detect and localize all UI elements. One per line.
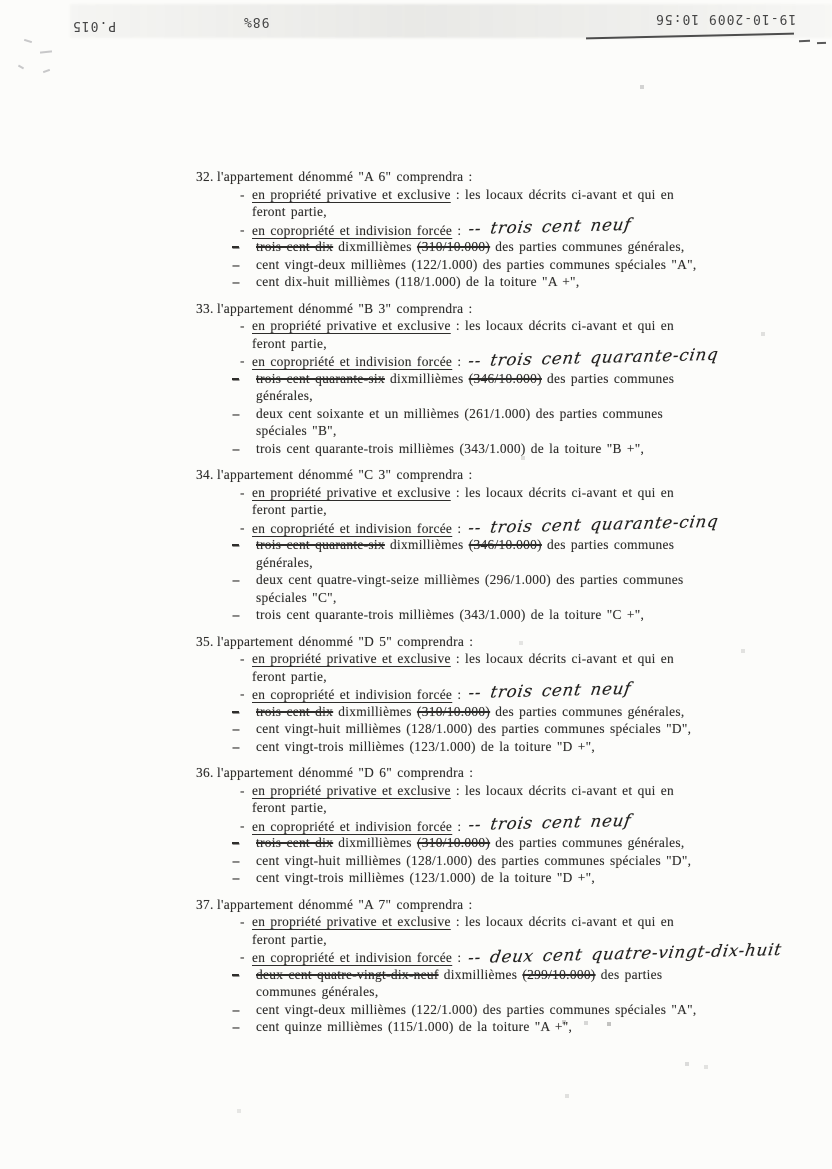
handwritten-annotation: -- trois cent quarante-cinq — [468, 346, 721, 370]
document-line: --trois cent quarante-trois millièmes (3… — [196, 440, 832, 458]
list-marker: - — [240, 221, 245, 239]
list-marker: -- — [232, 720, 239, 738]
underlined-phrase: en copropriété et indivision forcée — [252, 354, 452, 369]
document-line: feront partie, — [196, 501, 832, 519]
struck-text: trois cent dix — [256, 835, 333, 850]
list-marker: -- — [232, 536, 239, 554]
document-line: -en copropriété et indivision forcée :--… — [196, 352, 832, 370]
underlined-phrase: en copropriété et indivision forcée — [252, 521, 452, 536]
pencil-mark-artifact — [40, 50, 52, 53]
document-line: 37.l'appartement dénommé "A 7" comprendr… — [196, 896, 832, 914]
text-run: feront partie, — [252, 669, 327, 684]
text-run: générales, — [256, 555, 313, 570]
document-line: -en copropriété et indivision forcée :--… — [196, 221, 832, 239]
document-line: -en copropriété et indivision forcée :--… — [196, 817, 832, 835]
underlined-phrase: en propriété privative et exclusive — [252, 914, 451, 929]
text-run: : les locaux décrits ci-avant et qui en — [451, 651, 674, 666]
document-line: --cent vingt-huit millièmes (128/1.000) … — [196, 720, 832, 738]
text-run: cent vingt-deux millièmes (122/1.000) de… — [256, 257, 697, 272]
document-section: 35.l'appartement dénommé "D 5" comprendr… — [196, 633, 832, 756]
document-section: 37.l'appartement dénommé "A 7" comprendr… — [196, 896, 832, 1036]
list-marker: -- — [232, 834, 239, 852]
document-line: 32.l'appartement dénommé "A 6" comprendr… — [196, 168, 832, 186]
document-line: 36.l'appartement dénommé "D 6" comprendr… — [196, 764, 832, 782]
underlined-phrase: en propriété privative et exclusive — [252, 783, 451, 798]
struck-text: (346/10.000) — [469, 537, 542, 552]
text-run: : — [452, 521, 461, 536]
document-section: 34.l'appartement dénommé "C 3" comprendr… — [196, 466, 832, 624]
text-run: cent vingt-trois millièmes (123/1.000) d… — [256, 739, 595, 754]
document-body: 32.l'appartement dénommé "A 6" comprendr… — [196, 168, 832, 1045]
document-line: -en copropriété et indivision forcée :--… — [196, 948, 832, 966]
document-line: 33.l'appartement dénommé "B 3" comprendr… — [196, 300, 832, 318]
list-marker: -- — [232, 440, 239, 458]
text-run: dixmillièmes — [385, 537, 469, 552]
text-run: : les locaux décrits ci-avant et qui en — [451, 783, 674, 798]
document-line: --deux cent quatre-vingt-seize millièmes… — [196, 571, 832, 589]
document-line: générales, — [196, 554, 832, 572]
list-marker: - — [240, 685, 245, 703]
fax-page: P.015 98% 19-10-2009 10:56 32.l'appartem… — [0, 0, 832, 1169]
text-run: générales, — [256, 388, 313, 403]
struck-text: trois cent quarante-six — [256, 371, 385, 386]
fax-header-dash — [799, 40, 810, 42]
document-line: -en propriété privative et exclusive : l… — [196, 186, 832, 204]
list-marker: -- — [232, 1018, 239, 1036]
document-line: --trois cent dix dixmillièmes (310/10.00… — [196, 703, 832, 721]
text-run: des parties communes générales, — [490, 239, 684, 254]
text-run: cent vingt-huit millièmes (128/1.000) de… — [256, 853, 691, 868]
text-run: dixmillièmes — [333, 239, 417, 254]
struck-text: trois cent dix — [256, 704, 333, 719]
text-run: cent vingt-huit millièmes (128/1.000) de… — [256, 721, 691, 736]
document-section: 36.l'appartement dénommé "D 6" comprendr… — [196, 764, 832, 887]
list-marker: -- — [232, 273, 239, 291]
document-section: 33.l'appartement dénommé "B 3" comprendr… — [196, 300, 832, 458]
list-marker: - — [240, 817, 245, 835]
document-line: --trois cent quarante-six dixmillièmes (… — [196, 536, 832, 554]
document-line: --trois cent quarante-trois millièmes (3… — [196, 606, 832, 624]
text-run: feront partie, — [252, 502, 327, 517]
text-run: l'appartement dénommé "D 6" comprendra : — [217, 765, 473, 780]
document-line: générales, — [196, 387, 832, 405]
document-line: --trois cent dix dixmillièmes (310/10.00… — [196, 238, 832, 256]
fax-transmission-quality: 98% — [243, 14, 269, 29]
text-run: : les locaux décrits ci-avant et qui en — [451, 187, 674, 202]
struck-text: (310/10.000) — [417, 704, 490, 719]
list-marker: -- — [232, 256, 239, 274]
document-line: communes générales, — [196, 983, 832, 1001]
text-run: : — [452, 819, 461, 834]
document-line: 34.l'appartement dénommé "C 3" comprendr… — [196, 466, 832, 484]
section-number: 36. — [196, 764, 214, 782]
scan-speckles — [0, 0, 2, 2]
text-run: deux cent quatre-vingt-seize millièmes (… — [256, 572, 683, 587]
fax-datetime-stamp: 19-10-2009 10:56 — [655, 11, 796, 26]
list-marker: - — [240, 519, 245, 537]
text-run: : les locaux décrits ci-avant et qui en — [451, 914, 674, 929]
section-number: 37. — [196, 896, 214, 914]
underlined-phrase: en copropriété et indivision forcée — [252, 950, 452, 965]
text-run: cent dix-huit millièmes (118/1.000) de l… — [256, 274, 579, 289]
fax-header-dash — [817, 42, 826, 44]
text-run: : — [452, 354, 461, 369]
list-marker: - — [240, 317, 245, 335]
underlined-phrase: en propriété privative et exclusive — [252, 318, 451, 333]
list-marker: -- — [232, 405, 239, 423]
document-line: spéciales "C", — [196, 589, 832, 607]
document-line: -en propriété privative et exclusive : l… — [196, 317, 832, 335]
handwritten-annotation: -- trois cent neuf — [468, 680, 633, 702]
underlined-phrase: en copropriété et indivision forcée — [252, 223, 452, 238]
struck-text: (346/10.000) — [469, 371, 542, 386]
document-line: --trois cent quarante-six dixmillièmes (… — [196, 370, 832, 388]
text-run: dixmillièmes — [333, 704, 417, 719]
document-line: --trois cent dix dixmillièmes (310/10.00… — [196, 834, 832, 852]
document-line: -en propriété privative et exclusive : l… — [196, 913, 832, 931]
text-run: trois cent quarante-trois millièmes (343… — [256, 441, 644, 456]
text-run: l'appartement dénommé "B 3" comprendra : — [217, 301, 473, 316]
text-run: communes générales, — [256, 984, 378, 999]
text-run: dixmillièmes — [439, 967, 523, 982]
underlined-phrase: en propriété privative et exclusive — [252, 187, 451, 202]
document-section: 32.l'appartement dénommé "A 6" comprendr… — [196, 168, 832, 291]
list-marker: - — [240, 186, 245, 204]
list-marker: -- — [232, 238, 239, 256]
handwritten-annotation: -- trois cent neuf — [468, 215, 633, 237]
section-number: 35. — [196, 633, 214, 651]
text-run: trois cent quarante-trois millièmes (343… — [256, 607, 644, 622]
document-line: 35.l'appartement dénommé "D 5" comprendr… — [196, 633, 832, 651]
text-run: des parties communes générales, — [490, 835, 684, 850]
document-line: --cent vingt-deux millièmes (122/1.000) … — [196, 1001, 832, 1019]
section-number: 34. — [196, 466, 214, 484]
text-run: dixmillièmes — [385, 371, 469, 386]
document-line: --cent vingt-huit millièmes (128/1.000) … — [196, 852, 832, 870]
list-marker: -- — [232, 852, 239, 870]
list-marker: -- — [232, 966, 239, 984]
underlined-phrase: en propriété privative et exclusive — [252, 485, 451, 500]
text-run: des parties communes — [542, 371, 674, 386]
section-number: 33. — [196, 300, 214, 318]
text-run: spéciales "C", — [256, 590, 337, 605]
fax-page-code: P.015 — [72, 18, 116, 33]
list-marker: - — [240, 650, 245, 668]
text-run: : les locaux décrits ci-avant et qui en — [451, 485, 674, 500]
document-line: -en propriété privative et exclusive : l… — [196, 782, 832, 800]
struck-text: (310/10.000) — [417, 835, 490, 850]
text-run: l'appartement dénommé "C 3" comprendra : — [217, 467, 473, 482]
document-line: --deux cent quatre-vingt-dix-neuf dixmil… — [196, 966, 832, 984]
list-marker: -- — [232, 370, 239, 388]
struck-text: (299/10.000) — [522, 967, 595, 982]
struck-text: (310/10.000) — [417, 239, 490, 254]
text-run: : les locaux décrits ci-avant et qui en — [451, 318, 674, 333]
underlined-phrase: en copropriété et indivision forcée — [252, 819, 452, 834]
text-run: feront partie, — [252, 336, 327, 351]
list-marker: -- — [232, 869, 239, 887]
text-run: dixmillièmes — [333, 835, 417, 850]
list-marker: - — [240, 948, 245, 966]
list-marker: -- — [232, 738, 239, 756]
document-line: spéciales "B", — [196, 422, 832, 440]
document-line: --cent vingt-deux millièmes (122/1.000) … — [196, 256, 832, 274]
document-line: --cent vingt-trois millièmes (123/1.000)… — [196, 869, 832, 887]
list-marker: - — [240, 913, 245, 931]
list-marker: -- — [232, 703, 239, 721]
text-run: feront partie, — [252, 204, 327, 219]
text-run: des parties communes — [542, 537, 674, 552]
pencil-mark-artifact — [18, 65, 24, 70]
handwritten-annotation: -- trois cent neuf — [468, 811, 633, 833]
list-marker: - — [240, 484, 245, 502]
text-run: des parties communes générales, — [490, 704, 684, 719]
text-run: l'appartement dénommé "A 6" comprendra : — [217, 169, 473, 184]
text-run: feront partie, — [252, 800, 327, 815]
list-marker: - — [240, 782, 245, 800]
text-run: cent vingt-trois millièmes (123/1.000) d… — [256, 870, 595, 885]
document-line: --cent dix-huit millièmes (118/1.000) de… — [196, 273, 832, 291]
list-marker: -- — [232, 606, 239, 624]
section-number: 32. — [196, 168, 214, 186]
underlined-phrase: en copropriété et indivision forcée — [252, 687, 452, 702]
text-run: l'appartement dénommé "D 5" comprendra : — [217, 634, 473, 649]
document-line: --deux cent soixante et un millièmes (26… — [196, 405, 832, 423]
text-run: cent quinze millièmes (115/1.000) de la … — [256, 1019, 572, 1034]
text-run: spéciales "B", — [256, 423, 337, 438]
text-run: feront partie, — [252, 932, 327, 947]
text-run: deux cent soixante et un millièmes (261/… — [256, 406, 663, 421]
list-marker: - — [240, 352, 245, 370]
text-run: : — [452, 223, 461, 238]
document-line: --cent quinze millièmes (115/1.000) de l… — [196, 1018, 832, 1036]
struck-text: deux cent quatre-vingt-dix-neuf — [256, 967, 439, 982]
underlined-phrase: en propriété privative et exclusive — [252, 651, 451, 666]
text-run: : — [452, 950, 461, 965]
document-line: -en propriété privative et exclusive : l… — [196, 484, 832, 502]
text-run: cent vingt-deux millièmes (122/1.000) de… — [256, 1002, 697, 1017]
text-run: l'appartement dénommé "A 7" comprendra : — [217, 897, 473, 912]
document-line: -en copropriété et indivision forcée :--… — [196, 519, 832, 537]
text-run: : — [452, 687, 461, 702]
text-run: des parties — [596, 967, 663, 982]
document-line: -en copropriété et indivision forcée :--… — [196, 685, 832, 703]
document-line: --cent vingt-trois millièmes (123/1.000)… — [196, 738, 832, 756]
struck-text: trois cent dix — [256, 239, 333, 254]
pencil-mark-artifact — [24, 39, 32, 43]
pencil-mark-artifact — [43, 69, 50, 73]
list-marker: -- — [232, 571, 239, 589]
struck-text: trois cent quarante-six — [256, 537, 385, 552]
list-marker: -- — [232, 1001, 239, 1019]
document-line: -en propriété privative et exclusive : l… — [196, 650, 832, 668]
